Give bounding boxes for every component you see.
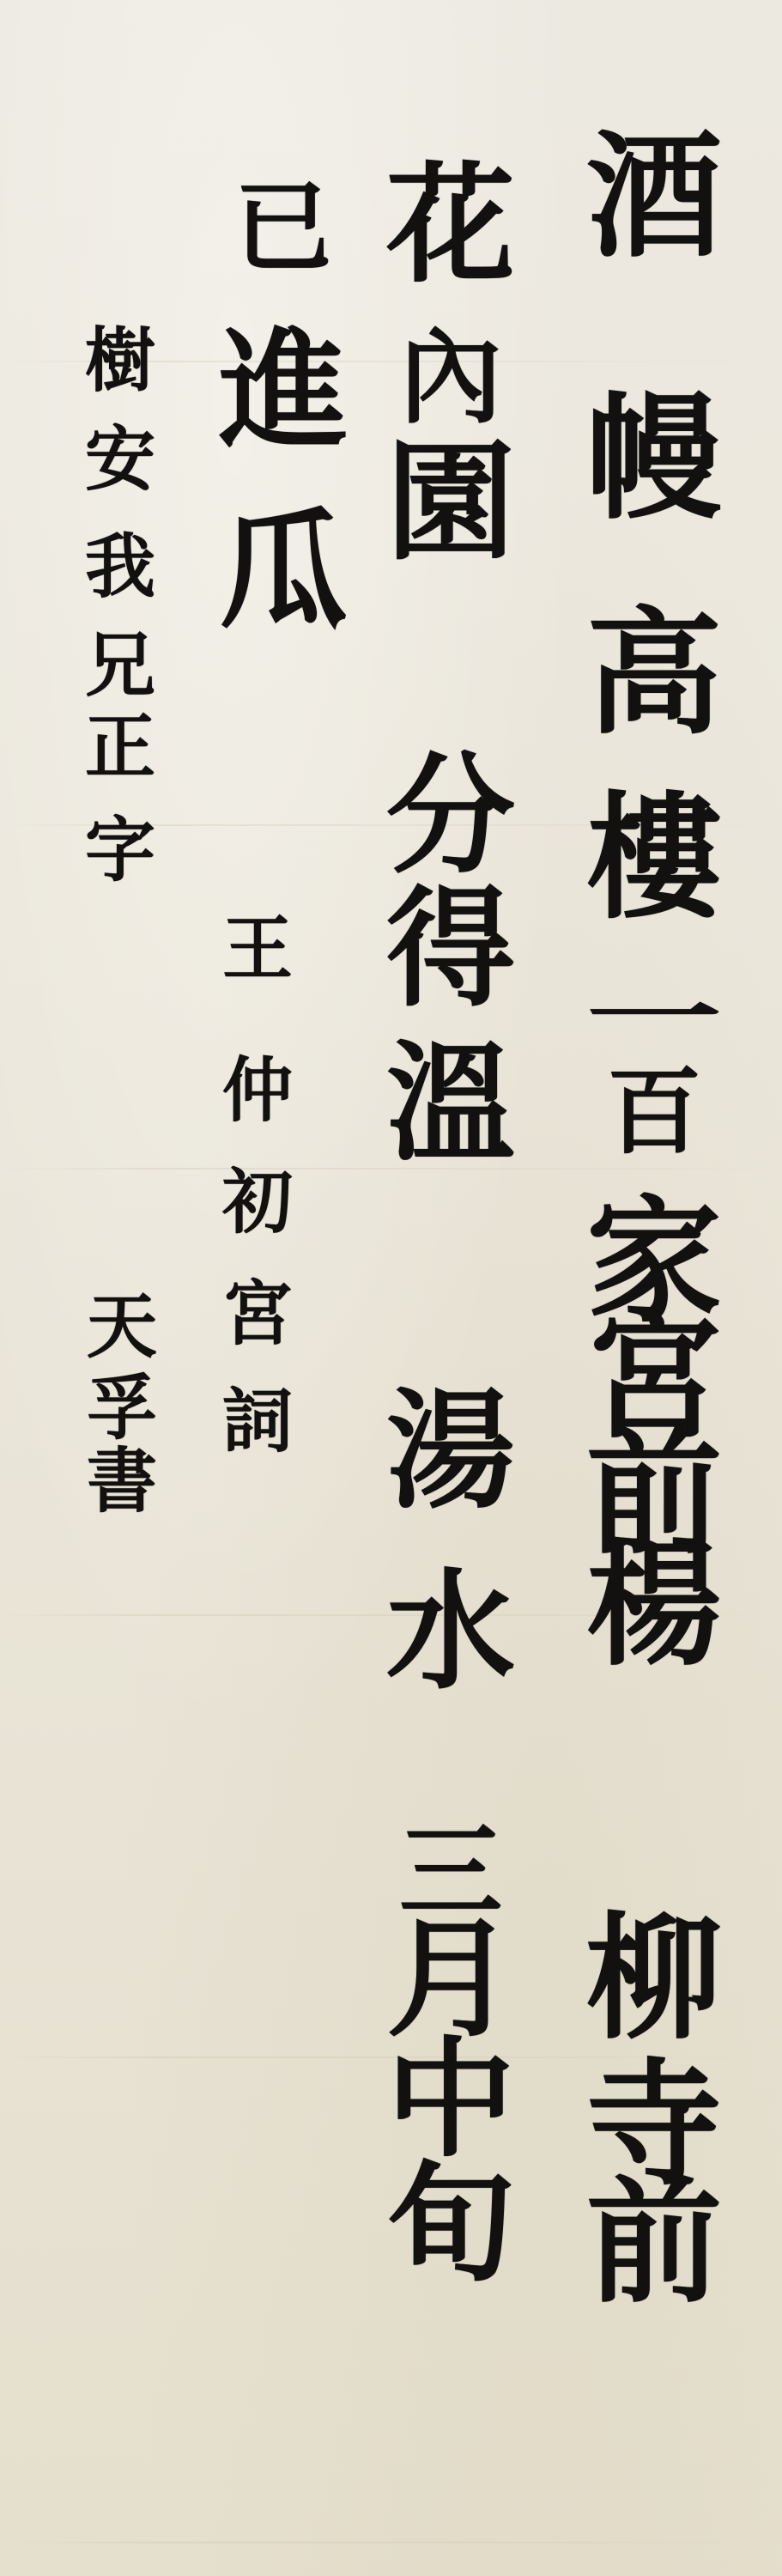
inscription-char: 樹: [85, 325, 155, 396]
signature-char: 書: [87, 1446, 157, 1516]
inscription-char: 安: [85, 424, 155, 495]
calligraphy-char: 百: [607, 1065, 701, 1159]
calligraphy-scroll: 酒 幔 高 樓 一 百 家 宮 前 楊 柳 寺 前 花 內 園 分 得 溫 湯 …: [0, 0, 782, 2576]
calligraphy-char: 前: [586, 2175, 722, 2311]
calligraphy-char: 得: [386, 884, 515, 1013]
calligraphy-char: 一: [586, 977, 722, 1059]
calligraphy-char: 高: [586, 606, 722, 742]
calligraphy-char: 分: [386, 751, 515, 880]
inscription-char: 我: [85, 532, 155, 602]
signature-char: 天: [87, 1291, 157, 1362]
calligraphy-char: 進: [219, 326, 348, 455]
inscription-char: 初: [222, 1167, 293, 1237]
calligraphy-char: 溫: [386, 1039, 515, 1168]
calligraphy-char: 已: [233, 179, 332, 277]
calligraphy-char: 水: [386, 1567, 515, 1696]
calligraphy-char: 柳: [586, 1911, 722, 2047]
calligraphy-char: 酒: [586, 130, 722, 265]
calligraphy-char: 花: [386, 161, 515, 289]
inscription-char: 仲: [222, 1055, 293, 1126]
calligraphy-char: 園: [386, 438, 515, 567]
signature-char: 孚: [87, 1373, 157, 1443]
inscription-char: 兄: [85, 630, 155, 701]
calligraphy-char: 瓜: [219, 507, 348, 635]
paper-crease: [0, 2542, 782, 2543]
inscription-char: 詞: [222, 1386, 293, 1456]
inscription-char: 王: [222, 914, 293, 984]
inscription-char: 宮: [222, 1279, 293, 1349]
inscription-char: 字: [85, 815, 155, 885]
calligraphy-char: 樓: [586, 791, 722, 927]
calligraphy-char: 幔: [586, 392, 722, 527]
calligraphy-char: 中: [386, 2035, 515, 2164]
calligraphy-char: 湯: [386, 1387, 515, 1516]
calligraphy-char: 旬: [386, 2160, 515, 2288]
calligraphy-char: 楊: [586, 1538, 722, 1674]
calligraphy-char: 內: [399, 326, 502, 429]
inscription-char: 正: [85, 712, 155, 782]
